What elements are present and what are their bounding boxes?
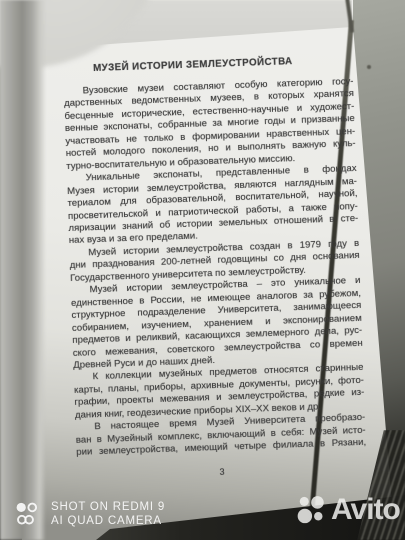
camera-watermark: SHOT ON REDMI 9 AI QUAD CAMERA [16,501,165,528]
page-text: МУЗЕЙ ИСТОРИИ ЗЕМЛЕУСТРОЙСТВА Вузовские … [63,54,367,481]
camera-watermark-text: SHOT ON REDMI 9 AI QUAD CAMERA [51,501,165,528]
camera-watermark-line1: SHOT ON REDMI 9 [51,501,165,515]
camera-watermark-line2: AI QUAD CAMERA [51,515,165,529]
background-speck [367,65,371,69]
book-page-photo: МУЗЕЙ ИСТОРИИ ЗЕМЛЕУСТРОЙСТВА Вузовские … [0,0,405,540]
avito-dots-icon [296,494,329,527]
xiaomi-quad-camera-icon [16,502,41,527]
spine-shadow [0,0,46,540]
avito-watermark: Avito [296,492,400,528]
body-text: Вузовские музеи составляют особую катего… [63,76,366,459]
avito-watermark-label: Avito [331,492,400,528]
